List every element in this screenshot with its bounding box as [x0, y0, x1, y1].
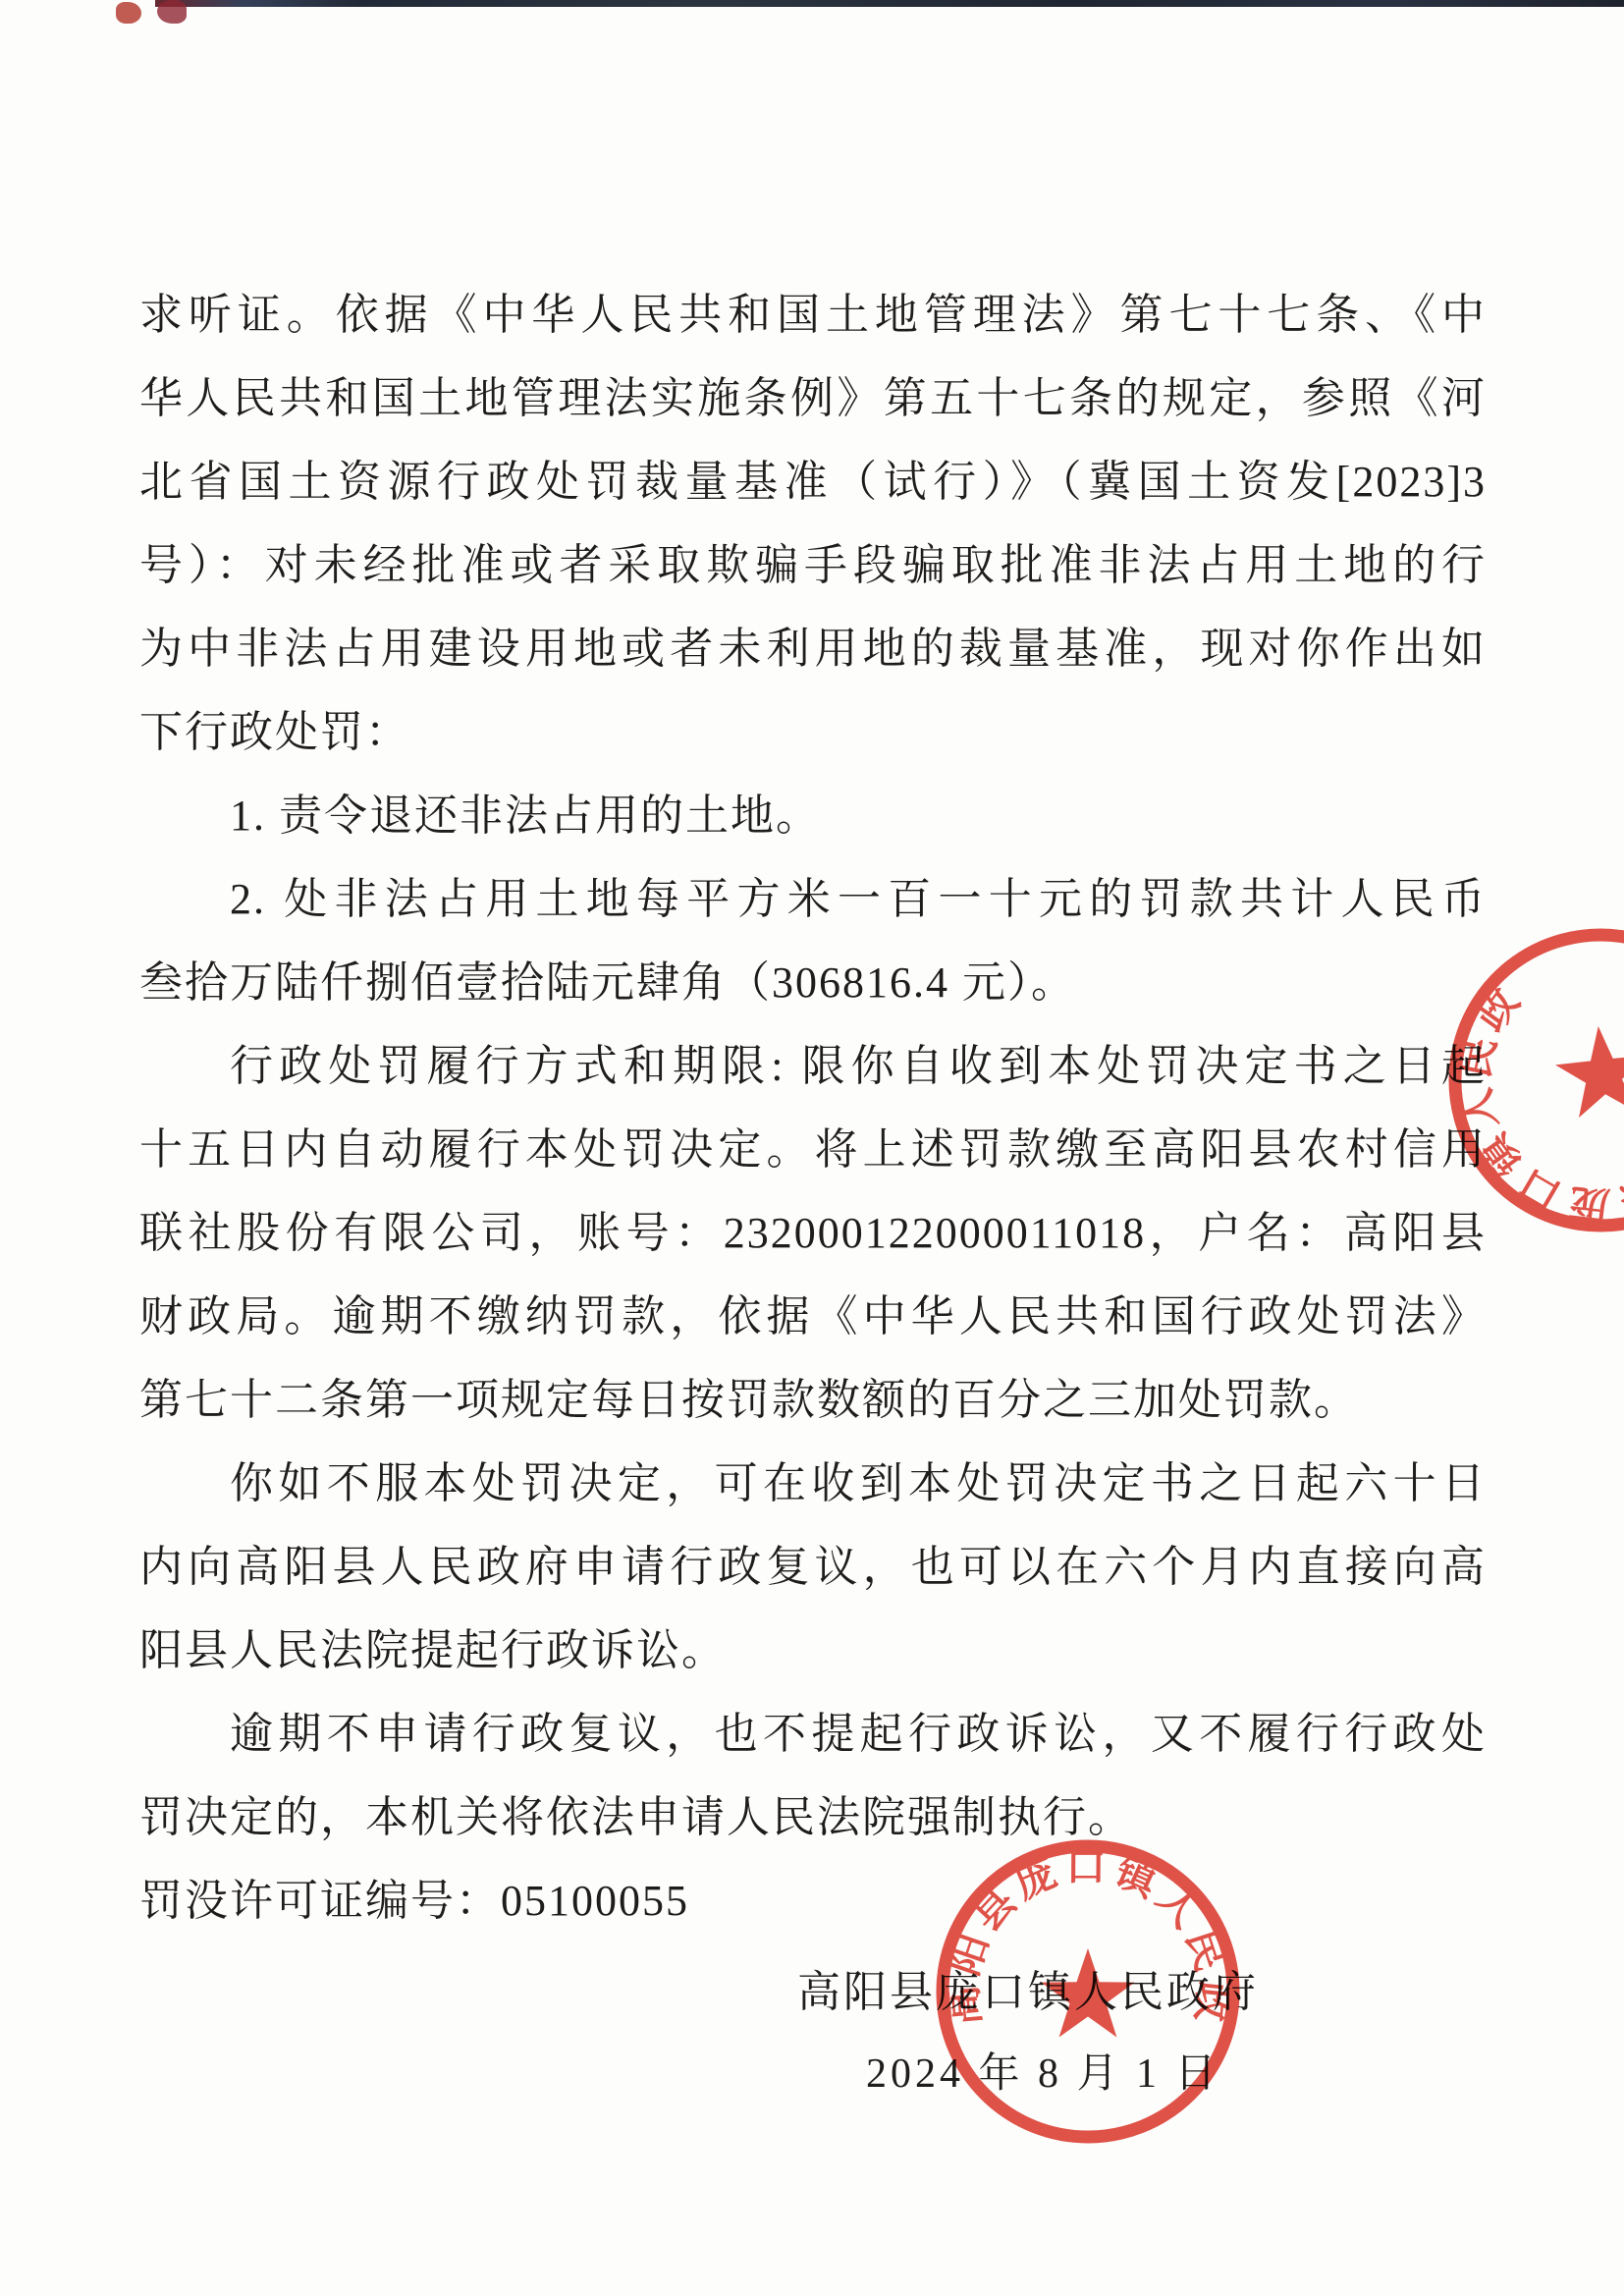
- document-page: 求听证。依据《中华人民共和国土地管理法》第七十七条、《中华人民共和国土地管理法实…: [0, 0, 1624, 2296]
- text-line: 阳县人民法院提起行政诉讼。: [139, 1609, 1487, 1692]
- text-line: 逾期不申请行政复议，也不提起行政诉讼，又不履行行政处: [139, 1692, 1487, 1776]
- text-line: 行政处罚履行方式和期限: 限你自收到本处罚决定书之日起: [139, 1024, 1487, 1108]
- text-line: 你如不服本处罚决定，可在收到本处罚决定书之日起六十日: [139, 1442, 1487, 1525]
- body-lines: 求听证。依据《中华人民共和国土地管理法》第七十七条、《中华人民共和国土地管理法实…: [139, 273, 1487, 1942]
- scan-artifact-fragment: [157, 0, 187, 24]
- text-line: 罚决定的，本机关将依法申请人民法院强制执行。: [139, 1776, 1487, 1859]
- text-line: 财政局。逾期不缴纳罚款，依据《中华人民共和国行政处罚法》: [139, 1275, 1487, 1358]
- star-icon: [1539, 1017, 1624, 1141]
- text-line: 北省国土资源行政处罚裁量基准（试行）》（冀国土资发[2023]3: [139, 440, 1487, 523]
- text-line: 第七十二条第一项规定每日按罚款数额的百分之三加处罚款。: [139, 1358, 1487, 1442]
- text-line: 华人民共和国土地管理法实施条例》第五十七条的规定，参照《河: [139, 356, 1487, 440]
- text-line: 联社股份有限公司，账号：232000122000011018，户名：高阳县: [139, 1191, 1487, 1275]
- text-line: 求听证。依据《中华人民共和国土地管理法》第七十七条、《中: [139, 273, 1487, 356]
- text-line: 叁拾万陆仟捌佰壹拾陆元肆角（306816.4 元）。: [139, 941, 1487, 1024]
- text-line: 号）：对未经批准或者采取欺骗手段骗取批准非法占用土地的行: [139, 523, 1487, 607]
- text-line: 2. 处非法占用土地每平方米一百一十元的罚款共计人民币: [139, 857, 1487, 941]
- scan-artifact-fragment: [116, 2, 141, 24]
- star-icon: [1041, 1948, 1134, 2038]
- text-line: 下行政处罚：: [139, 690, 1487, 774]
- official-seal: 高阳县庞口镇人民政府: [921, 1825, 1255, 2159]
- text-line: 为中非法占用建设用地或者未利用地的裁量基准，现对你作出如: [139, 607, 1487, 690]
- text-line: 罚没许可证编号：05100055: [139, 1859, 1487, 1942]
- text-line: 1. 责令退还非法占用的土地。: [139, 774, 1487, 857]
- text-line: 十五日内自动履行本处罚决定。将上述罚款缴至高阳县农村信用: [139, 1108, 1487, 1191]
- text-line: 内向高阳县人民政府申请行政复议，也可以在六个月内直接向高: [139, 1525, 1487, 1609]
- scan-artifact-band: [155, 0, 1624, 7]
